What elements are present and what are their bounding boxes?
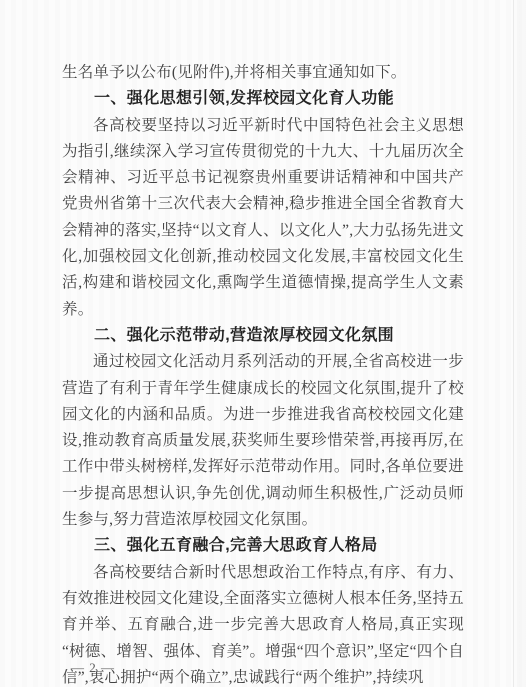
section-2-heading: 二、强化示范带动,营造浓厚校园文化氛围 bbox=[62, 323, 464, 349]
document-body: 生名单予以公布(见附件),并将相关事宜通知如下。 一、强化思想引领,发挥校园文化… bbox=[62, 60, 464, 687]
scanned-document-page: 生名单予以公布(见附件),并将相关事宜通知如下。 一、强化思想引领,发挥校园文化… bbox=[0, 0, 526, 687]
section-3-heading: 三、强化五育融合,完善大思政育人格局 bbox=[62, 533, 464, 559]
section-1-heading: 一、强化思想引领,发挥校园文化育人功能 bbox=[62, 86, 464, 112]
paragraph-continuation: 生名单予以公布(见附件),并将相关事宜通知如下。 bbox=[62, 60, 464, 86]
section-1-paragraph: 各高校要坚持以习近平新时代中国特色社会主义思想为指引,继续深入学习宣传贯彻党的十… bbox=[62, 113, 464, 323]
page-number: — 2 — bbox=[71, 660, 115, 676]
scan-page-edge-shadow bbox=[512, 0, 526, 687]
section-2-paragraph: 通过校园文化活动月系列活动的开展,全省高校进一步营造了有利于青年学生健康成长的校… bbox=[62, 349, 464, 533]
section-3-paragraph: 各高校要结合新时代思想政治工作特点,有序、有力、有效推进校园文化建设,全面落实立… bbox=[62, 560, 464, 687]
